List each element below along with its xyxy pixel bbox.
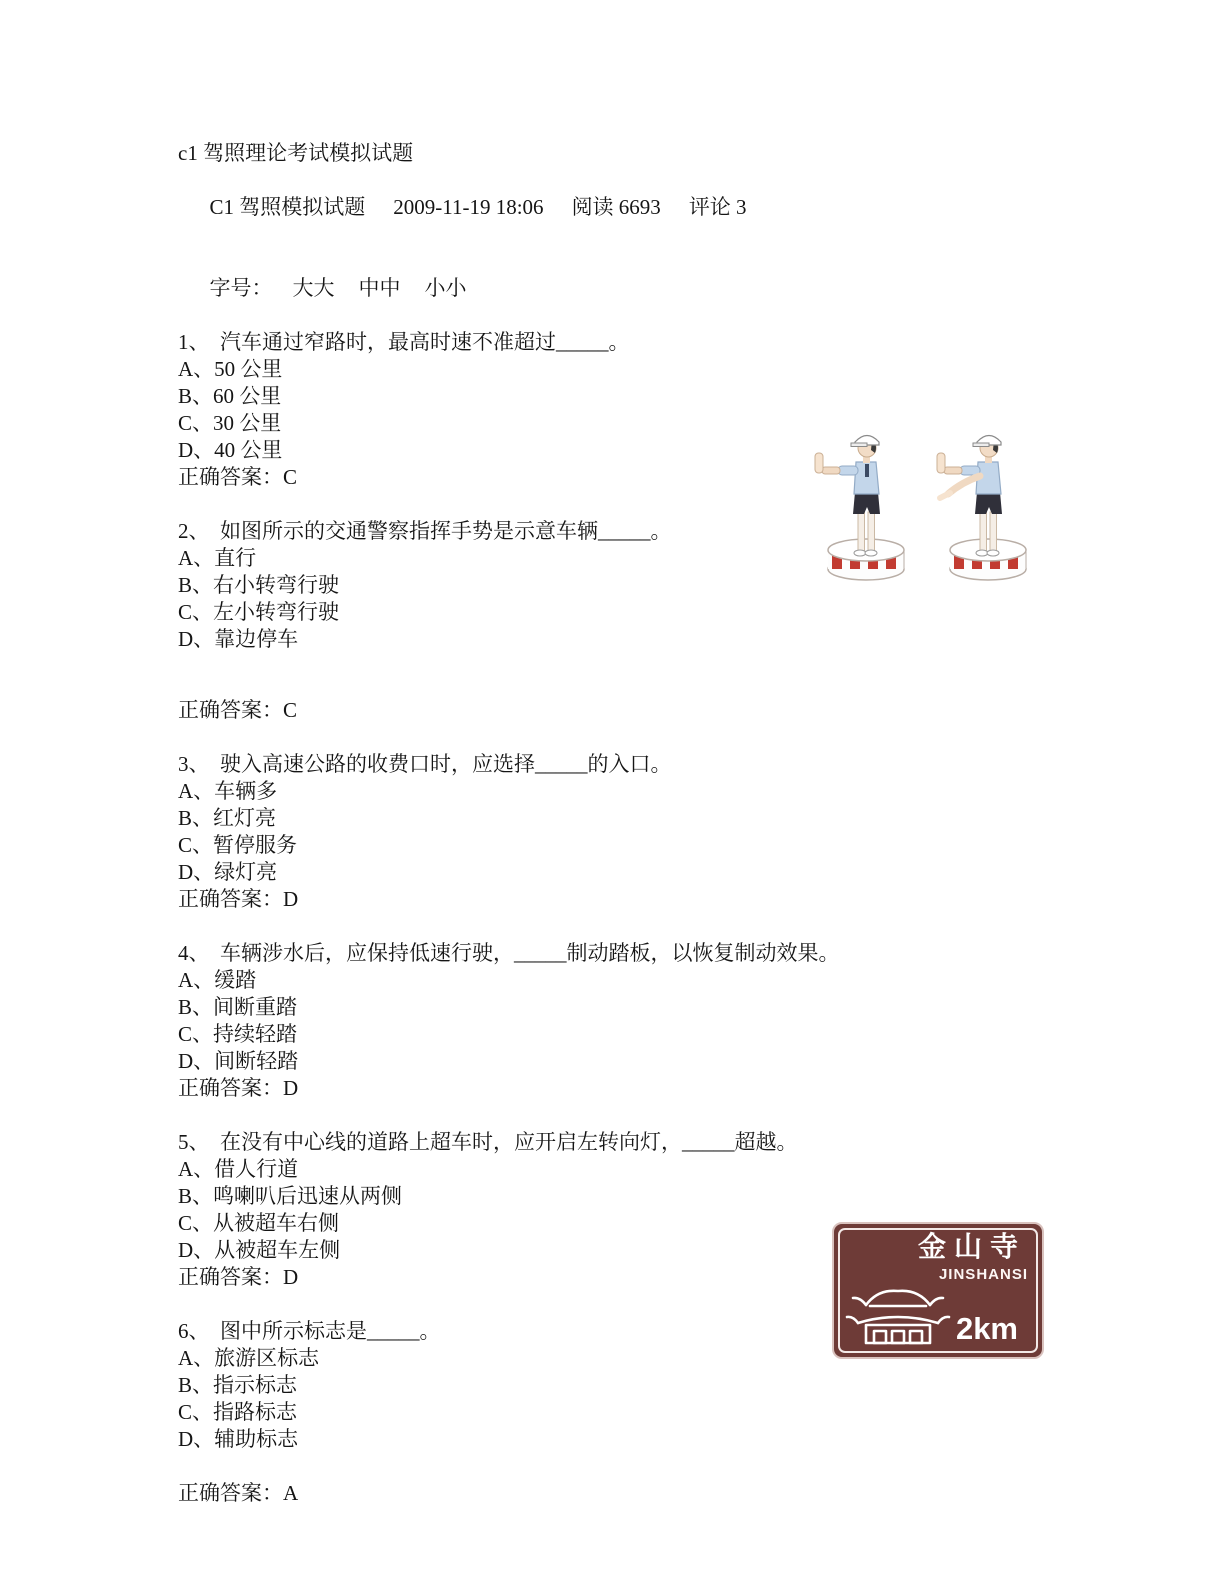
question-block-5: 5、 在没有中心线的道路上超车时，应开启左转向灯，_____超越。 A、借人行道… bbox=[178, 1129, 898, 1291]
question-1-option-b: B、60 公里 bbox=[178, 383, 898, 410]
meta-read-count: 阅读 6693 bbox=[572, 195, 661, 219]
question-5-option-b: B、鸣喇叭后迅速从两侧 bbox=[178, 1183, 898, 1210]
question-4-option-a: A、缓踏 bbox=[178, 967, 898, 994]
question-4-option-b: B、间断重踏 bbox=[178, 994, 898, 1021]
question-1-option-c: C、30 公里 bbox=[178, 410, 898, 437]
question-block-3: 3、 驶入高速公路的收费口时，应选择_____的入口。 A、车辆多 B、红灯亮 … bbox=[178, 751, 898, 913]
question-2-option-a: A、直行 bbox=[178, 545, 898, 572]
question-3-option-b: B、红灯亮 bbox=[178, 805, 898, 832]
question-6-option-c: C、指路标志 bbox=[178, 1399, 898, 1426]
exam-content: c1 驾照理论考试模拟试题 C1 驾照模拟试题2009-11-19 18:06阅… bbox=[178, 140, 898, 1507]
question-2-option-b: B、右小转弯行驶 bbox=[178, 572, 898, 599]
meta-subtitle: C1 驾照模拟试题 bbox=[210, 195, 366, 219]
jinshansi-tourist-sign-image: 金山寺 JINSHANSI 2km bbox=[832, 1222, 1044, 1359]
question-3-option-a: A、车辆多 bbox=[178, 778, 898, 805]
question-6-text: 6、 图中所示标志是_____。 bbox=[178, 1318, 898, 1345]
question-5-option-a: A、借人行道 bbox=[178, 1156, 898, 1183]
meta-datetime: 2009-11-19 18:06 bbox=[393, 195, 543, 219]
sign-distance: 2km bbox=[956, 1313, 1018, 1345]
sign-name-pinyin: JINSHANSI bbox=[939, 1266, 1028, 1284]
traffic-police-gesture-image bbox=[808, 412, 1040, 587]
question-5-answer: 正确答案：D bbox=[178, 1264, 898, 1291]
question-1-option-a: A、50 公里 bbox=[178, 356, 898, 383]
question-3-option-c: C、暂停服务 bbox=[178, 832, 898, 859]
question-block-6: 6、 图中所示标志是_____。 A、旅游区标志 B、指示标志 C、指路标志 D… bbox=[178, 1318, 898, 1507]
question-3-answer: 正确答案：D bbox=[178, 886, 898, 913]
question-4-option-c: C、持续轻踏 bbox=[178, 1021, 898, 1048]
question-4-answer: 正确答案：D bbox=[178, 1075, 898, 1102]
question-5-option-c: C、从被超车右侧 bbox=[178, 1210, 898, 1237]
question-3-text: 3、 驶入高速公路的收费口时，应选择_____的入口。 bbox=[178, 751, 898, 778]
question-1-option-d: D、40 公里 bbox=[178, 437, 898, 464]
meta-comment-count: 评论 3 bbox=[689, 195, 747, 219]
question-block-2: 2、 如图所示的交通警察指挥手势是示意车辆_____。 A、直行 B、右小转弯行… bbox=[178, 518, 898, 724]
question-6-answer: 正确答案：A bbox=[178, 1480, 898, 1507]
police-figure-side-view bbox=[937, 436, 1026, 581]
question-2-text: 2、 如图所示的交通警察指挥手势是示意车辆_____。 bbox=[178, 518, 898, 545]
question-6-option-d: D、辅助标志 bbox=[178, 1426, 898, 1453]
question-5-text: 5、 在没有中心线的道路上超车时，应开启左转向灯，_____超越。 bbox=[178, 1129, 898, 1156]
question-2-answer: 正确答案：C bbox=[178, 697, 898, 724]
question-1-text: 1、 汽车通过窄路时，最高时速不准超过_____。 bbox=[178, 329, 898, 356]
document-page: c1 驾照理论考试模拟试题 C1 驾照模拟试题2009-11-19 18:06阅… bbox=[0, 0, 1224, 1584]
font-size-option-large[interactable]: 大大 bbox=[293, 276, 335, 300]
question-5-option-d: D、从被超车左侧 bbox=[178, 1237, 898, 1264]
question-3-option-d: D、绿灯亮 bbox=[178, 859, 898, 886]
meta-line: C1 驾照模拟试题2009-11-19 18:06阅读 6693评论 3 bbox=[178, 167, 898, 248]
question-6-option-a: A、旅游区标志 bbox=[178, 1345, 898, 1372]
question-4-option-d: D、间断轻踏 bbox=[178, 1048, 898, 1075]
font-size-option-medium[interactable]: 中中 bbox=[359, 276, 401, 300]
question-4-text: 4、 车辆涉水后，应保持低速行驶，_____制动踏板，以恢复制动效果。 bbox=[178, 940, 898, 967]
page-title: c1 驾照理论考试模拟试题 bbox=[178, 140, 898, 167]
police-figure-front-view bbox=[815, 436, 904, 581]
question-1-answer: 正确答案：C bbox=[178, 464, 898, 491]
font-size-option-small[interactable]: 小小 bbox=[425, 276, 467, 300]
sign-name-chinese: 金山寺 bbox=[918, 1232, 1026, 1262]
font-size-label: 字号： bbox=[210, 276, 273, 300]
temple-outline-icon bbox=[844, 1285, 952, 1349]
question-6-option-b: B、指示标志 bbox=[178, 1372, 898, 1399]
question-block-1: 1、 汽车通过窄路时，最高时速不准超过_____。 A、50 公里 B、60 公… bbox=[178, 329, 898, 491]
question-block-4: 4、 车辆涉水后，应保持低速行驶，_____制动踏板，以恢复制动效果。 A、缓踏… bbox=[178, 940, 898, 1102]
question-2-option-d: D、靠边停车 bbox=[178, 626, 898, 653]
font-size-bar: 字号：大大中中小小 bbox=[178, 248, 898, 329]
question-2-option-c: C、左小转弯行驶 bbox=[178, 599, 898, 626]
